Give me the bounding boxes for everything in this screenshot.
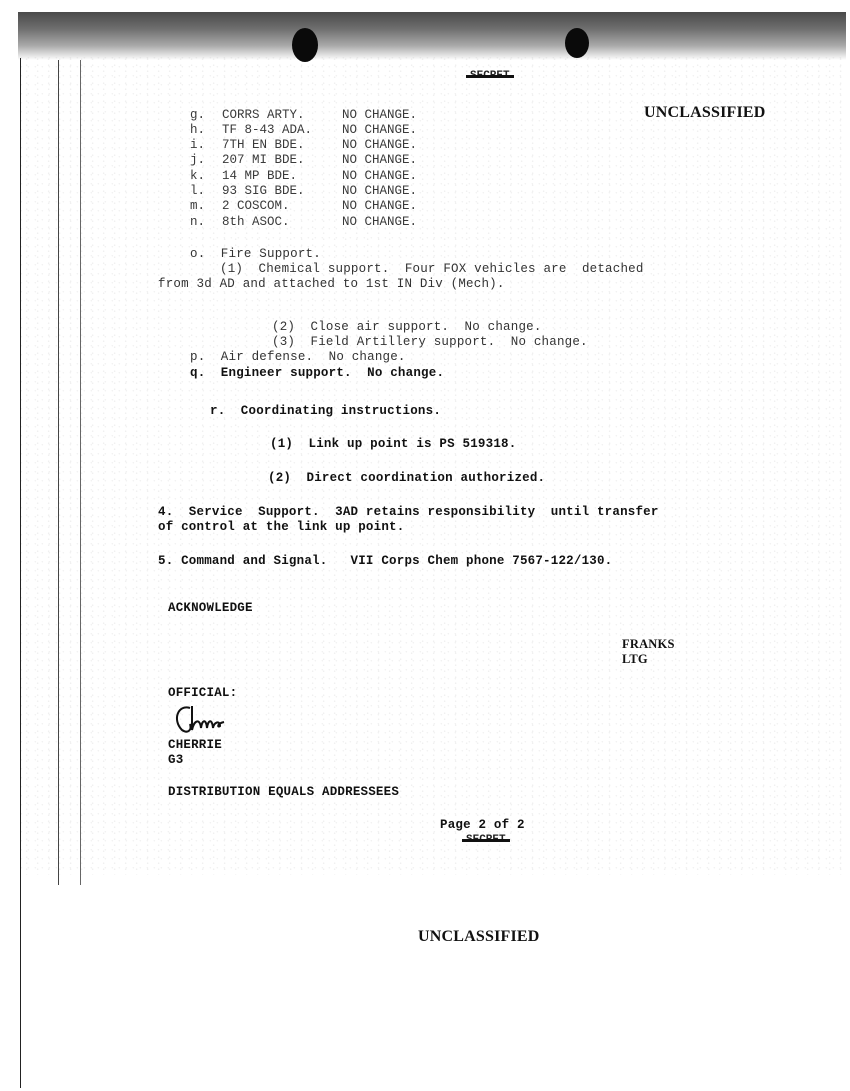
fire-support-close-air: (2) Close air support. No change.	[272, 320, 542, 334]
scanned-page	[20, 55, 845, 875]
unit-row: n.8th ASOC.NO CHANGE.	[190, 215, 417, 229]
unit-row: h.TF 8-43 ADA.NO CHANGE.	[190, 123, 417, 137]
official-name: CHERRIE	[168, 738, 222, 752]
official-label: OFFICIAL:	[168, 686, 237, 700]
service-support-line1: 4. Service Support. 3AD retains responsi…	[158, 505, 659, 519]
unit-row: k.14 MP BDE.NO CHANGE.	[190, 169, 417, 183]
punch-hole-left	[292, 28, 318, 62]
fire-support-chemical-line1: (1) Chemical support. Four FOX vehicles …	[220, 262, 644, 276]
fire-support-field-artillery: (3) Field Artillery support. No change.	[272, 335, 588, 349]
signature-icon	[168, 700, 238, 740]
signer-rank: LTG	[622, 652, 648, 667]
page-number: Page 2 of 2	[440, 818, 525, 832]
page-edge-inner2	[80, 60, 81, 885]
classification-bottom-center: UNCLASSIFIED	[418, 928, 540, 946]
air-defense: p. Air defense. No change.	[190, 350, 406, 364]
scan-shadow	[18, 12, 846, 60]
coordinating-heading: r. Coordinating instructions.	[210, 404, 441, 418]
signer-name: FRANKS	[622, 637, 675, 652]
original-classification-bottom: SECRET	[466, 834, 506, 846]
original-classification-top: SECRET	[470, 70, 510, 82]
official-title: G3	[168, 753, 183, 767]
page-edge-left	[20, 58, 21, 1088]
fire-support-chemical-line2: from 3d AD and attached to 1st IN Div (M…	[158, 277, 505, 291]
coordinating-direct: (2) Direct coordination authorized.	[268, 471, 545, 485]
service-support-line2: of control at the link up point.	[158, 520, 404, 534]
acknowledge: ACKNOWLEDGE	[168, 601, 253, 615]
unit-row: j.207 MI BDE.NO CHANGE.	[190, 153, 417, 167]
command-signal: 5. Command and Signal. VII Corps Chem ph…	[158, 554, 612, 568]
unit-row: i.7TH EN BDE.NO CHANGE.	[190, 138, 417, 152]
distribution: DISTRIBUTION EQUALS ADDRESSEES	[168, 785, 399, 799]
coordinating-link-up: (1) Link up point is PS 519318.	[270, 437, 516, 451]
page-edge-inner	[58, 60, 59, 885]
unit-row: m.2 COSCOM.NO CHANGE.	[190, 199, 417, 213]
unit-row: g.CORRS ARTY.NO CHANGE.	[190, 108, 417, 122]
classification-top-right: UNCLASSIFIED	[644, 104, 766, 122]
fire-support-heading: o. Fire Support.	[190, 247, 321, 261]
unit-row: l.93 SIG BDE.NO CHANGE.	[190, 184, 417, 198]
punch-hole-right	[565, 28, 589, 58]
engineer-support: q. Engineer support. No change.	[190, 366, 444, 380]
